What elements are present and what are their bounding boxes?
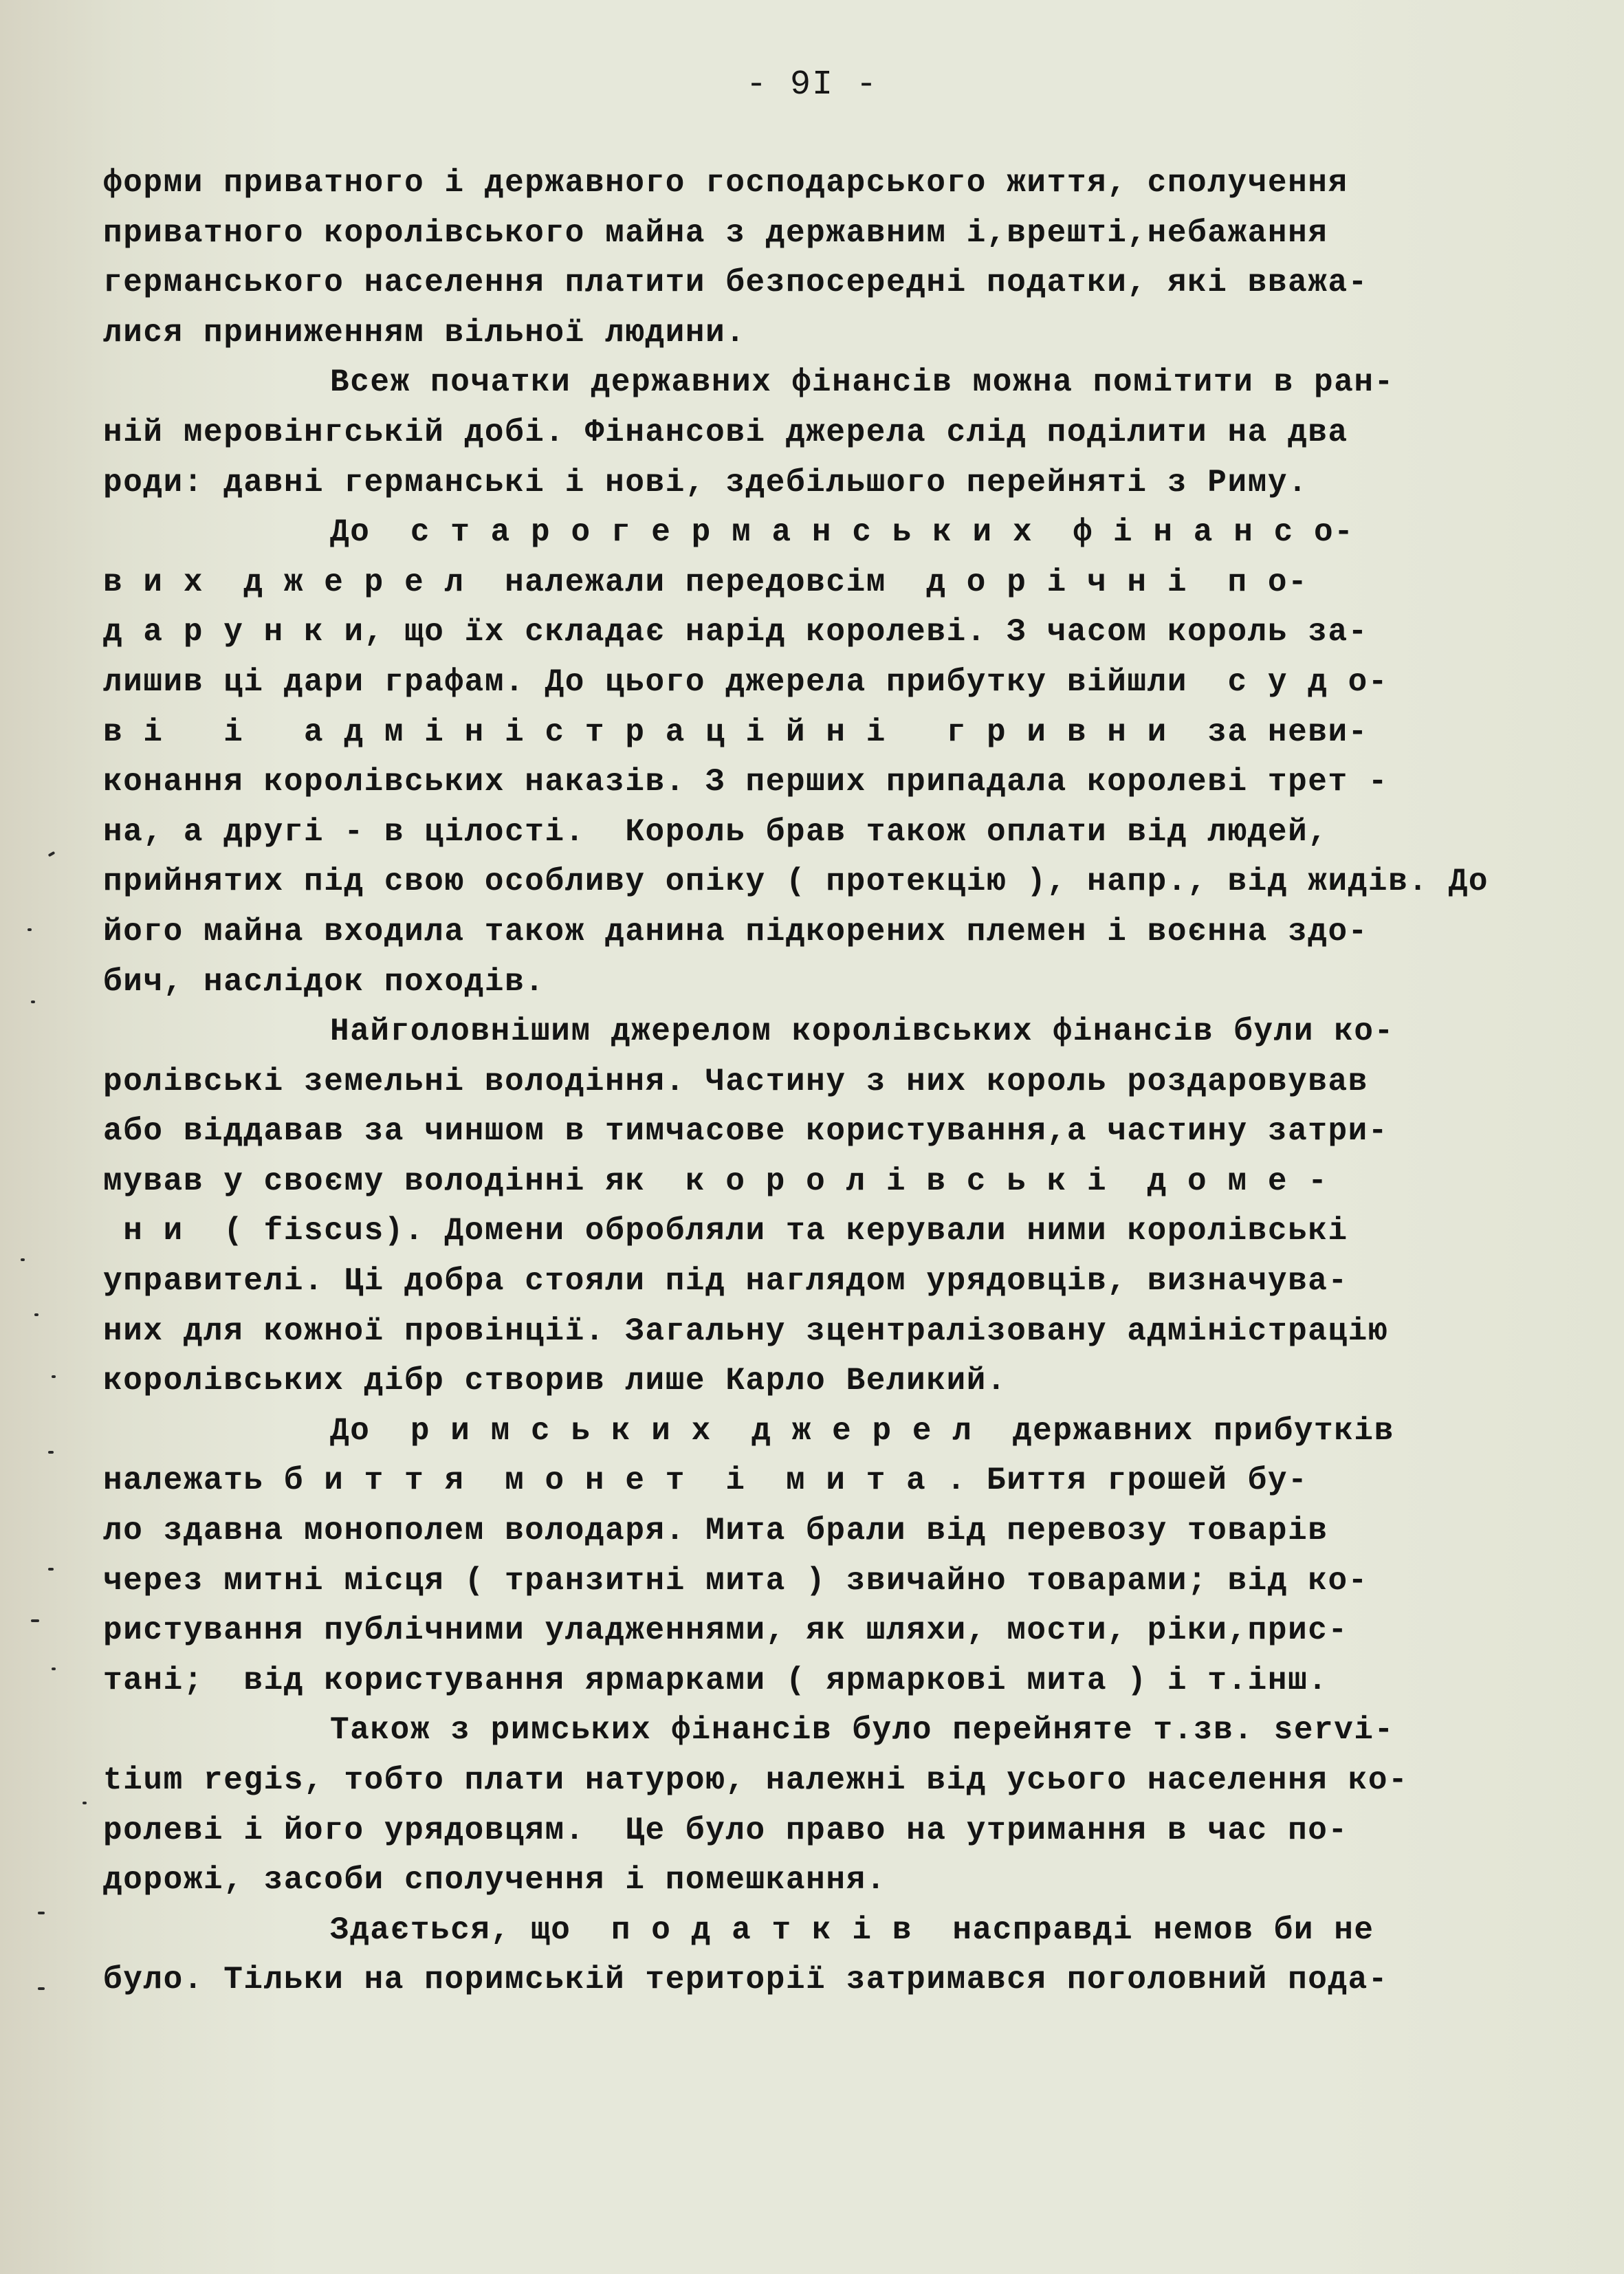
text-line: належать б и т т я м о н е т і м и т а .… [103,1456,1554,1506]
text-line: ристування публічними уладженнями, як шл… [103,1606,1554,1656]
text-line: лися приниженням вільної людини. [103,308,1554,358]
text-line: в і і а д м і н і с т р а ц і й н і г р … [103,708,1554,758]
margin-mark [34,1313,39,1316]
text-line: мував у своєму володінні як к о р о л і … [103,1157,1554,1207]
text-line: ролеві і його урядовцям. Це було право н… [103,1806,1554,1856]
margin-mark [83,1802,87,1804]
text-line: в и х д ж е р е л належали передовсім д … [103,558,1554,608]
text-line: конання королівських наказів. З перших п… [103,757,1554,807]
body-text: форми приватного і державного господарсь… [103,158,1554,2005]
margin-mark [48,851,56,857]
text-line: королівських дібр створив лише Карло Вел… [103,1356,1554,1406]
text-line: або віддавав за чиншом в тимчасове корис… [103,1106,1554,1157]
text-line: До с т а р о г е р м а н с ь к и х ф і н… [103,507,1554,558]
margin-marks [21,0,89,2274]
margin-mark [48,1451,54,1454]
margin-mark [21,1258,25,1261]
text-line: Найголовнішим джерелом королівських фіна… [103,1007,1554,1057]
margin-mark [52,1375,56,1378]
page-number: - 9I - [0,65,1624,105]
text-line: германського населення платити безпосере… [103,258,1554,308]
margin-mark [38,1987,45,1990]
text-line: Також з римських фінансів було перейняте… [103,1705,1554,1756]
text-line: ній меровінгській добі. Фінансові джерел… [103,408,1554,458]
text-line: них для кожної провінції. Загальну зцент… [103,1307,1554,1357]
text-line: н и ( fiscus). Домени обробляли та керув… [103,1206,1554,1256]
text-line: бич, наслідок походів. [103,957,1554,1007]
text-line: Здається, що п о д а т к і в насправді н… [103,1905,1554,1956]
text-line: ролівські земельні володіння. Частину з … [103,1057,1554,1107]
margin-mark [31,1619,39,1622]
margin-mark [52,1668,56,1670]
text-line: тані; від користування ярмарками ( ярмар… [103,1656,1554,1706]
margin-mark [48,1568,54,1571]
text-line: приватного королівського майна з державн… [103,208,1554,259]
text-line: управителі. Ці добра стояли під наглядом… [103,1256,1554,1307]
margin-mark [28,928,32,931]
text-line: дорожі, засоби сполучення і помешкання. [103,1855,1554,1905]
text-line: Всеж початки державних фінансів можна по… [103,358,1554,408]
text-line: через митні місця ( транзитні мита ) зви… [103,1556,1554,1606]
text-line: прийнятих під свою особливу опіку ( прот… [103,857,1554,907]
text-line: tium regis, тобто плати натурою, належні… [103,1756,1554,1806]
text-line: ло здавна монополем володаря. Мита брали… [103,1506,1554,1556]
margin-mark [31,1001,35,1003]
text-line: роди: давні германські і нові, здебільшо… [103,458,1554,508]
document-page: - 9I - форми приватного і державного гос… [0,0,1624,2274]
margin-mark [38,1912,45,1914]
text-line: лишив ці дари графам. До цього джерела п… [103,657,1554,708]
text-line: д а р у н к и, що їх складає нарід корол… [103,607,1554,657]
text-line: було. Тільки на поримській території зат… [103,1955,1554,2005]
text-line: на, а другі - в цілості. Король брав так… [103,807,1554,857]
text-line: До р и м с ь к и х д ж е р е л державних… [103,1406,1554,1456]
text-line: його майна входила також данина підкорен… [103,907,1554,957]
text-line: форми приватного і державного господарсь… [103,158,1554,208]
